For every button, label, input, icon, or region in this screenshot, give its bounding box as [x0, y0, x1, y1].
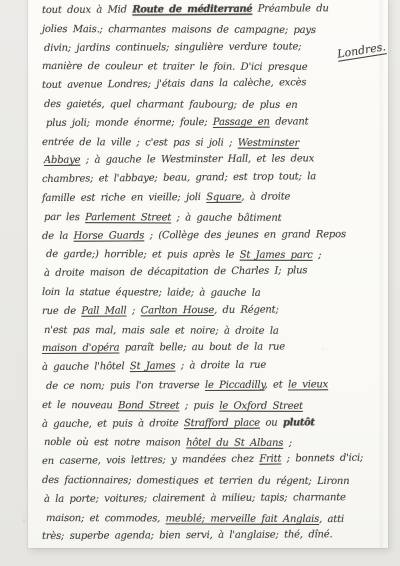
handwritten-text: tout doux à Mid [42, 4, 132, 16]
manuscript-line: à la porte; voitures; clairement à milie… [44, 489, 376, 510]
handwritten-text: ; [313, 250, 322, 261]
underlined-place-name: Westminster [238, 137, 299, 148]
handwritten-text: chambres; et l'abbaye; beau, grand; est … [42, 171, 316, 185]
underlined-place-name: maison d'opéra [42, 343, 119, 354]
underlined-place-name: meublé; merveille fait Anglais [166, 513, 320, 525]
handwritten-text: entrée de la ville ; c'est pas si joli ; [42, 137, 238, 149]
manuscript-page: tout doux à Mid Route de méditerrané Pré… [28, 0, 388, 548]
underlined-place-name: le Piccadilly [205, 380, 265, 391]
manuscript-line: chambres; et l'abbaye; beau, grand; est … [42, 168, 376, 190]
handwritten-text: très; superbe agenda; bien servi, à l'an… [42, 530, 333, 543]
manuscript-line: très; superbe agenda; bien servi, à l'an… [42, 526, 376, 547]
underlined-place-name: le Oxford Street [219, 400, 303, 411]
handwritten-text: Préambule du [252, 3, 329, 14]
handwritten-text: famille est riche en vieille; joli [42, 192, 206, 204]
underlined-place-name: Carlton House [141, 305, 214, 316]
manuscript-line: de ce nom; puis l'on traverse le Piccadi… [46, 376, 376, 397]
handwritten-text: en caserne, vois lettres; y mandées chez [42, 454, 259, 467]
handwritten-text: ; à gauche le Westminster Hall, et les d… [80, 154, 314, 166]
manuscript-line: tout doux à Mid Route de méditerrané Pré… [42, 0, 376, 21]
handwritten-text: à gauche, et puis à droite [42, 418, 184, 430]
handwritten-text: jolies Mais.; charmantes maisons de camp… [42, 24, 316, 36]
handwritten-text: rue de [42, 306, 81, 317]
underlined-place-name: le vieux [288, 379, 328, 390]
underlined-place-name: Abbaye [44, 155, 80, 166]
handwritten-text: par les [44, 212, 85, 223]
underlined-place-name: Route de méditerrané [132, 4, 252, 16]
handwritten-text: paraît belle; au bout de la rue [119, 342, 285, 354]
handwritten-text: , atti [319, 513, 344, 524]
manuscript-line: à droite maison de décapitation de Charl… [44, 262, 376, 284]
handwritten-text: des gaietés, quel charmant faubourg; de … [44, 99, 298, 111]
underlined-place-name: Strafford place [184, 417, 260, 428]
underlined-place-name: Horse Guards [74, 230, 145, 241]
underlined-place-name: Fritt [259, 454, 281, 465]
manuscript-line: de la Horse Guards ; (Collège des jeunes… [42, 226, 376, 247]
handwritten-text: devant [270, 116, 309, 127]
handwritten-text: à droite maison de décapitation de Charl… [44, 265, 307, 279]
handwritten-text: à gauche l'hôtel [42, 361, 130, 373]
underlined-place-name: hôtel du St Albans [186, 438, 283, 449]
handwritten-text: ; bonnets d'ici; [281, 453, 363, 465]
underlined-place-name: Bond Street [118, 400, 179, 411]
handwritten-text: ; puis [179, 400, 219, 411]
handwritten-text: tout avenue Londres; j'étais dans la cal… [42, 77, 306, 91]
underlined-place-name: Parlement Street [85, 212, 171, 223]
handwritten-text: maison; et commodes, [46, 513, 166, 524]
handwritten-text: ; (Collège des jeunes en grand Repos [144, 229, 346, 241]
underlined-place-name: St James [130, 361, 176, 372]
manuscript-line: à gauche l'hôtel St James ; à droite la … [42, 356, 376, 378]
scanned-manuscript: tout doux à Mid Route de méditerrané Pré… [0, 0, 400, 566]
handwritten-text: , et [265, 379, 289, 390]
manuscript-line: famille est riche en vieille; joli Squar… [42, 188, 376, 209]
manuscript-lines: tout doux à Mid Route de méditerrané Pré… [42, 2, 376, 547]
underlined-place-name: plutôt [283, 417, 315, 428]
handwritten-text: de garde;) horrible; et puis après le [46, 249, 240, 261]
handwritten-text: divin; jardins continuels; singulière ve… [44, 41, 301, 54]
underlined-place-name: Passage en [213, 116, 270, 127]
handwritten-text: de la [42, 230, 74, 241]
handwritten-text: , du Régent; [214, 304, 279, 315]
handwritten-text: ou [260, 417, 283, 428]
manuscript-line: rue de Pall Mall ; Carlton House, du Rég… [42, 301, 376, 322]
underlined-place-name: Square [206, 192, 241, 203]
handwritten-text: , à droite [241, 191, 290, 202]
manuscript-line: en caserne, vois lettres; y mandées chez… [42, 450, 376, 472]
handwritten-text: ; [283, 438, 292, 449]
manuscript-line: tout avenue Londres; j'étais dans la cal… [42, 74, 376, 96]
handwritten-text: manière de couleur et traiter le foin. D… [42, 61, 308, 73]
manuscript-line: plus joli; monde énorme; foule; Passage … [46, 113, 376, 134]
handwritten-text: n'est pas mal, mais sale et noire; à dro… [44, 325, 279, 337]
handwritten-text: noble où est notre maison [44, 437, 186, 448]
handwritten-text: ; [127, 305, 141, 316]
handwritten-text: et le nouveau [42, 400, 118, 411]
underlined-place-name: Pall Mall [81, 305, 126, 316]
manuscript-line: à gauche, et puis à droite Strafford pla… [42, 413, 376, 434]
handwritten-text: ; à gauche bâtiment [171, 212, 281, 223]
handwritten-text: des factionnaires; domestiques et terrie… [42, 475, 349, 487]
underlined-place-name: St James parc [240, 250, 313, 261]
handwritten-text: à la porte; voitures; clairement à milie… [44, 492, 346, 505]
handwritten-text: de ce nom; puis l'on traverse [46, 380, 205, 392]
handwritten-text: loin la statue équestre; laide; à gauche… [42, 287, 261, 299]
manuscript-line: divin; jardins continuels; singulière ve… [44, 38, 376, 59]
handwritten-text: ; à droite la rue [175, 360, 266, 372]
handwritten-text: plus joli; monde énorme; foule; [46, 117, 213, 129]
